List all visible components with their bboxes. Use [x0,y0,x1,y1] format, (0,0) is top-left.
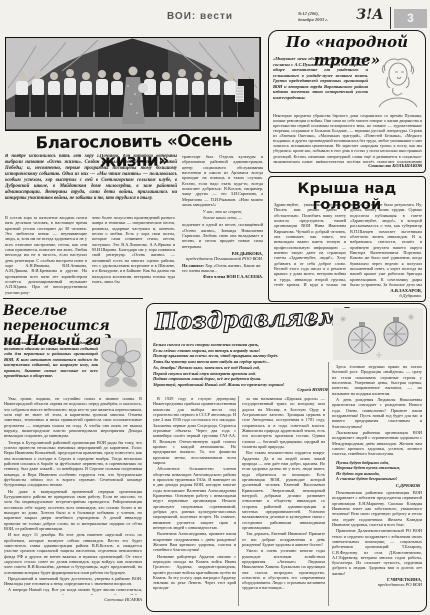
pozdrav-poem: Белым снегом со всех сторон застелена ос… [153,342,329,390]
osen-quote: У нас, это не секрет,долгие наши лета, — [182,209,263,220]
pozdrav-col1: В 1929 году в глухую деревушку Нижегород… [153,396,236,606]
ornament-photo [100,338,142,392]
osen-col2: чено более полусотни произведений разног… [92,215,175,298]
pushkin-sketch-icon [371,55,421,109]
krysha-col1: Здравствуйте, уважаемая редакция! Писать… [274,202,346,288]
pozdrav-sig-role: председатель РО ВОИ [332,582,422,587]
tropa-box: По «народной тропе» «Минувшее меня объем… [268,30,426,173]
pozdrav-wish-poem: Пусть будут добрыми года,Здоровье будет … [336,460,422,482]
pozdrav-col3-top: Здесь ёлочные игрушки прямо на глазах бы… [332,364,422,458]
krysha-sig-place: д.Дубравка. [350,293,422,298]
headline-veselye-line1: Веселье переносится [3,304,143,334]
veselye-top-rule [3,298,143,299]
veselye-signature: Светлана ИСАЕВА [4,597,142,602]
veselye-intro: Декабрьские декады инвалидов традиционно… [4,340,98,394]
krysha-signature: А.В.ЗАХАРОВ, д.Дубравка. [350,288,422,298]
osen-col3-text: транспорт был. Отделы культуры и образов… [182,154,263,207]
newspaper-page: ВОИ: вести №12 (206), декабря 2003 г. З!… [0,0,430,615]
pozdrav-wish-sig: С.ДРЮКОВ [332,483,420,488]
veselye-body: Увы, грипп, видимо, не случайно попал в … [4,396,142,595]
tropa-body: Некоторые предметы убранства барского до… [273,113,422,163]
tropa-intro: «Минувшее меня объемлет живо», — в полно… [273,56,368,110]
krysha-col2: чем год — всё не было результата. Ну, ду… [350,202,422,288]
tropa-signature: Станислав БОЛЬШАКОВ [273,163,422,168]
krysha-box: Крыша над головой Здравствуйте, уважаема… [268,176,426,302]
header-divider [390,7,391,29]
pozdrav-col3: Здесь ёлочные игрушки прямо на глазах бы… [332,364,422,606]
osen-intro: В ноябре исполнилось пять лет хору г.Поч… [5,154,177,213]
pozdrav-col-rule-1 [238,396,239,606]
issue-date: декабря 2003 г. [298,17,346,23]
osen-col3: транспорт был. Отделы культуры и образов… [182,154,263,298]
osen-caption-label: На снимке: [182,263,204,268]
pozdrav-col-rule-2 [328,362,329,606]
pozdrav-col2: ла так называемая «Царская дорога» — гос… [242,396,325,606]
osen-photo-credit: Фото члена ВОИ Г.А.АСЕЕВА. [182,274,263,279]
osen-col1: В состав хора за пятилетие входили почти… [5,215,87,298]
headline-pozdrav: Поздравляем! [155,304,341,336]
section-title: ВОИ: вести [140,11,260,22]
pozdrav-box: Поздравляем! Белым [146,303,427,612]
issue-info: №12 (206), декабря 2003 г. [298,11,346,22]
choir-photo-art [6,38,259,129]
pozdrav-poem-sig: Сергей ИОНОВ [153,387,329,392]
choir-photo [5,37,261,131]
pozdrav-col3-bottom: Починковская районная организация ВОИ по… [332,490,422,577]
newspaper-logo: З!А [356,7,384,23]
osen-sig-role: председатель Починковской РОО ВОИ. [182,256,263,261]
baubles-photo [333,308,423,360]
page-number-badge: 3 [394,9,427,28]
osen-quote-after: подпевает в одной из песен, посвящённой … [182,222,263,249]
